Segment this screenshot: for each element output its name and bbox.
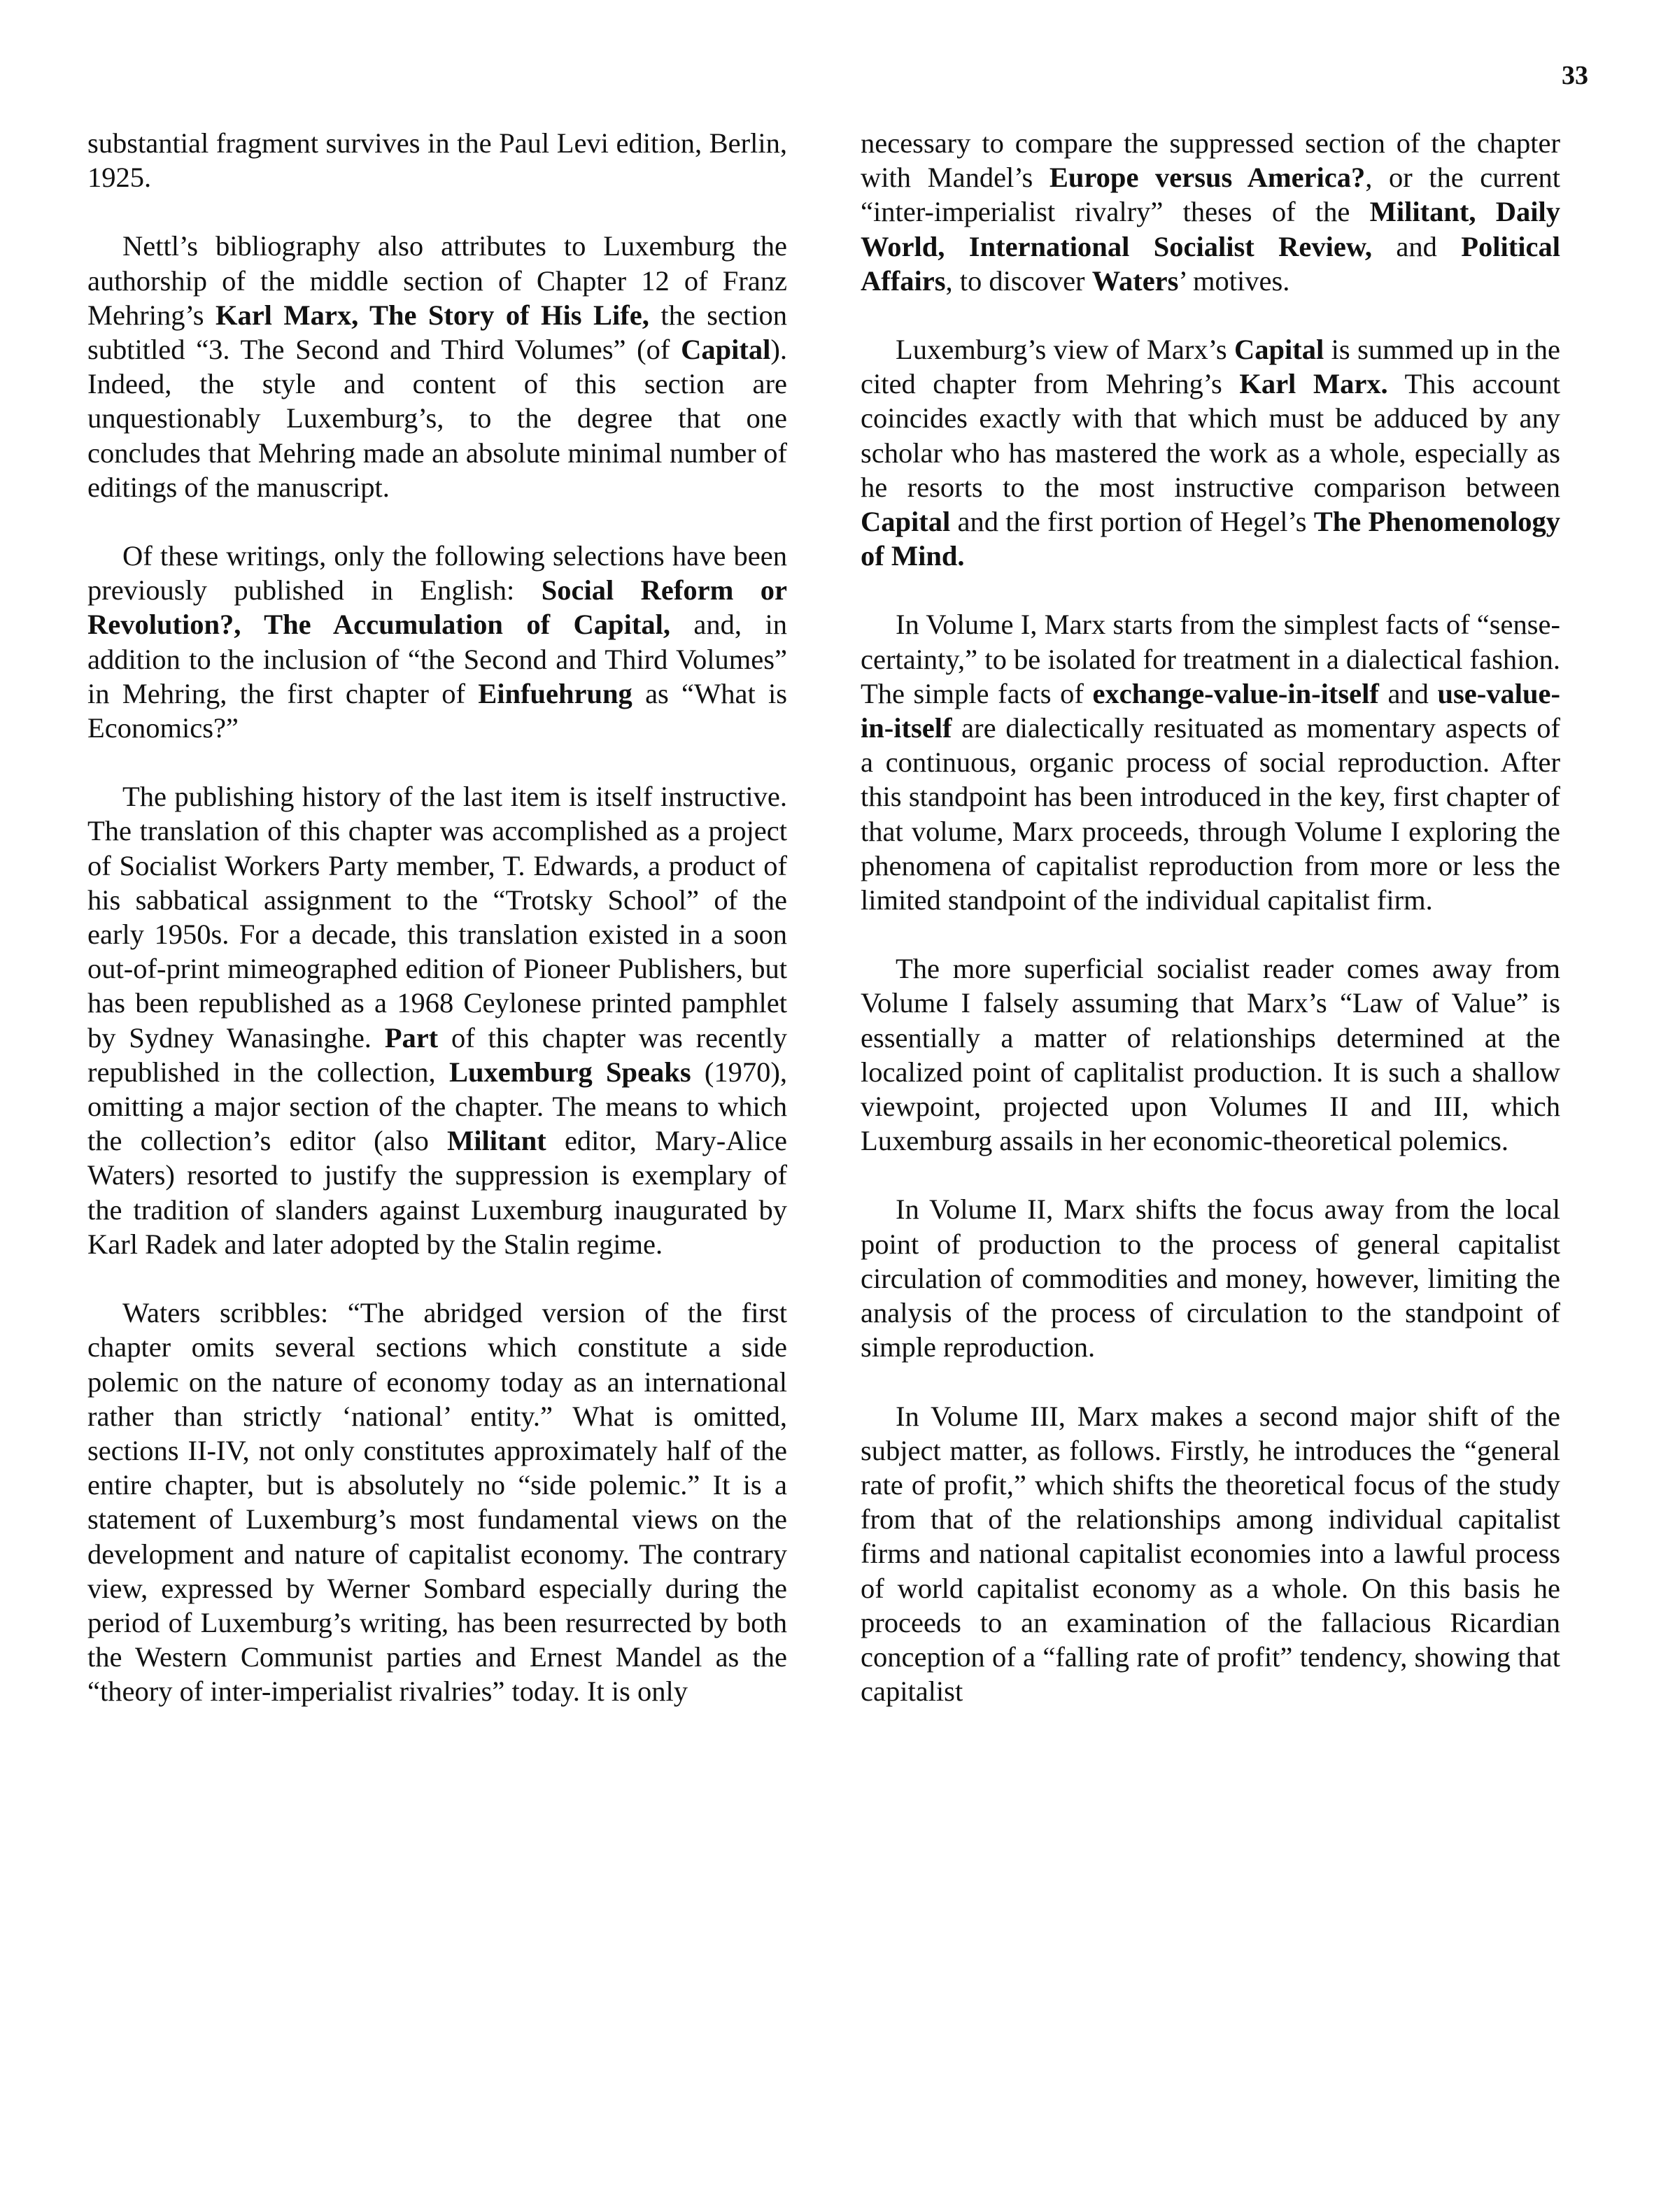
body-text: , to discover — [945, 265, 1091, 297]
body-text: ’ motives. — [1178, 265, 1289, 297]
bold-title-text: Capital — [681, 334, 770, 365]
body-text: The more superficial socialist reader co… — [861, 953, 1560, 1156]
bold-title-text: exchange-value-in-itself — [1092, 678, 1378, 709]
body-text: and the first portion of Hegel’s — [950, 506, 1313, 537]
body-text: substantial fragment survives in the Pau… — [87, 127, 787, 193]
bold-title-text: Capital — [861, 506, 950, 537]
bold-title-text: Karl Marx, The Story of His Life, — [215, 299, 649, 331]
paragraph: substantial fragment survives in the Pau… — [87, 126, 787, 194]
bold-title-text: Militant — [447, 1125, 546, 1156]
bold-title-text: Karl Marx. — [1239, 368, 1387, 399]
paragraph: In Volume I, Marx starts from the simple… — [861, 607, 1560, 917]
body-text: In Volume II, Marx shifts the focus away… — [861, 1193, 1560, 1363]
bold-title-text: Einfuehrung — [478, 678, 632, 709]
paragraph: necessary to compare the suppressed sect… — [861, 126, 1560, 298]
paragraph: The publishing history of the last item … — [87, 779, 787, 1261]
right-column: necessary to compare the suppressed sect… — [861, 126, 1560, 1743]
body-text: Waters scribbles: “The abridged version … — [87, 1297, 787, 1707]
paragraph: In Volume III, Marx makes a second major… — [861, 1399, 1560, 1709]
bold-title-text: Part — [385, 1022, 438, 1054]
body-text: Luxemburg’s view of Marx’s — [896, 334, 1234, 365]
left-column: substantial fragment survives in the Pau… — [87, 126, 787, 1743]
paragraph: The more superficial socialist reader co… — [861, 951, 1560, 1158]
body-text: and — [1379, 678, 1438, 709]
body-text: and — [1372, 231, 1461, 262]
bold-title-text: Waters — [1092, 265, 1179, 297]
bold-title-text: Capital — [1234, 334, 1324, 365]
paragraph: Nettl’s bibliography also attributes to … — [87, 229, 787, 504]
paragraph: Waters scribbles: “The abridged version … — [87, 1296, 787, 1708]
bold-title-text: Luxemburg Speaks — [449, 1056, 691, 1088]
body-text: In Volume III, Marx makes a second major… — [861, 1401, 1560, 1708]
paragraph: In Volume II, Marx shifts the focus away… — [861, 1192, 1560, 1364]
paragraph: Luxemburg’s view of Marx’s Capital is su… — [861, 332, 1560, 573]
bold-title-text: Europe versus America? — [1049, 162, 1365, 193]
paragraph: Of these writings, only the following se… — [87, 539, 787, 745]
body-text: are dialectically resituated as momentar… — [861, 712, 1560, 916]
body-text: The publishing history of the last item … — [87, 781, 787, 1053]
page-number: 33 — [1532, 60, 1588, 91]
